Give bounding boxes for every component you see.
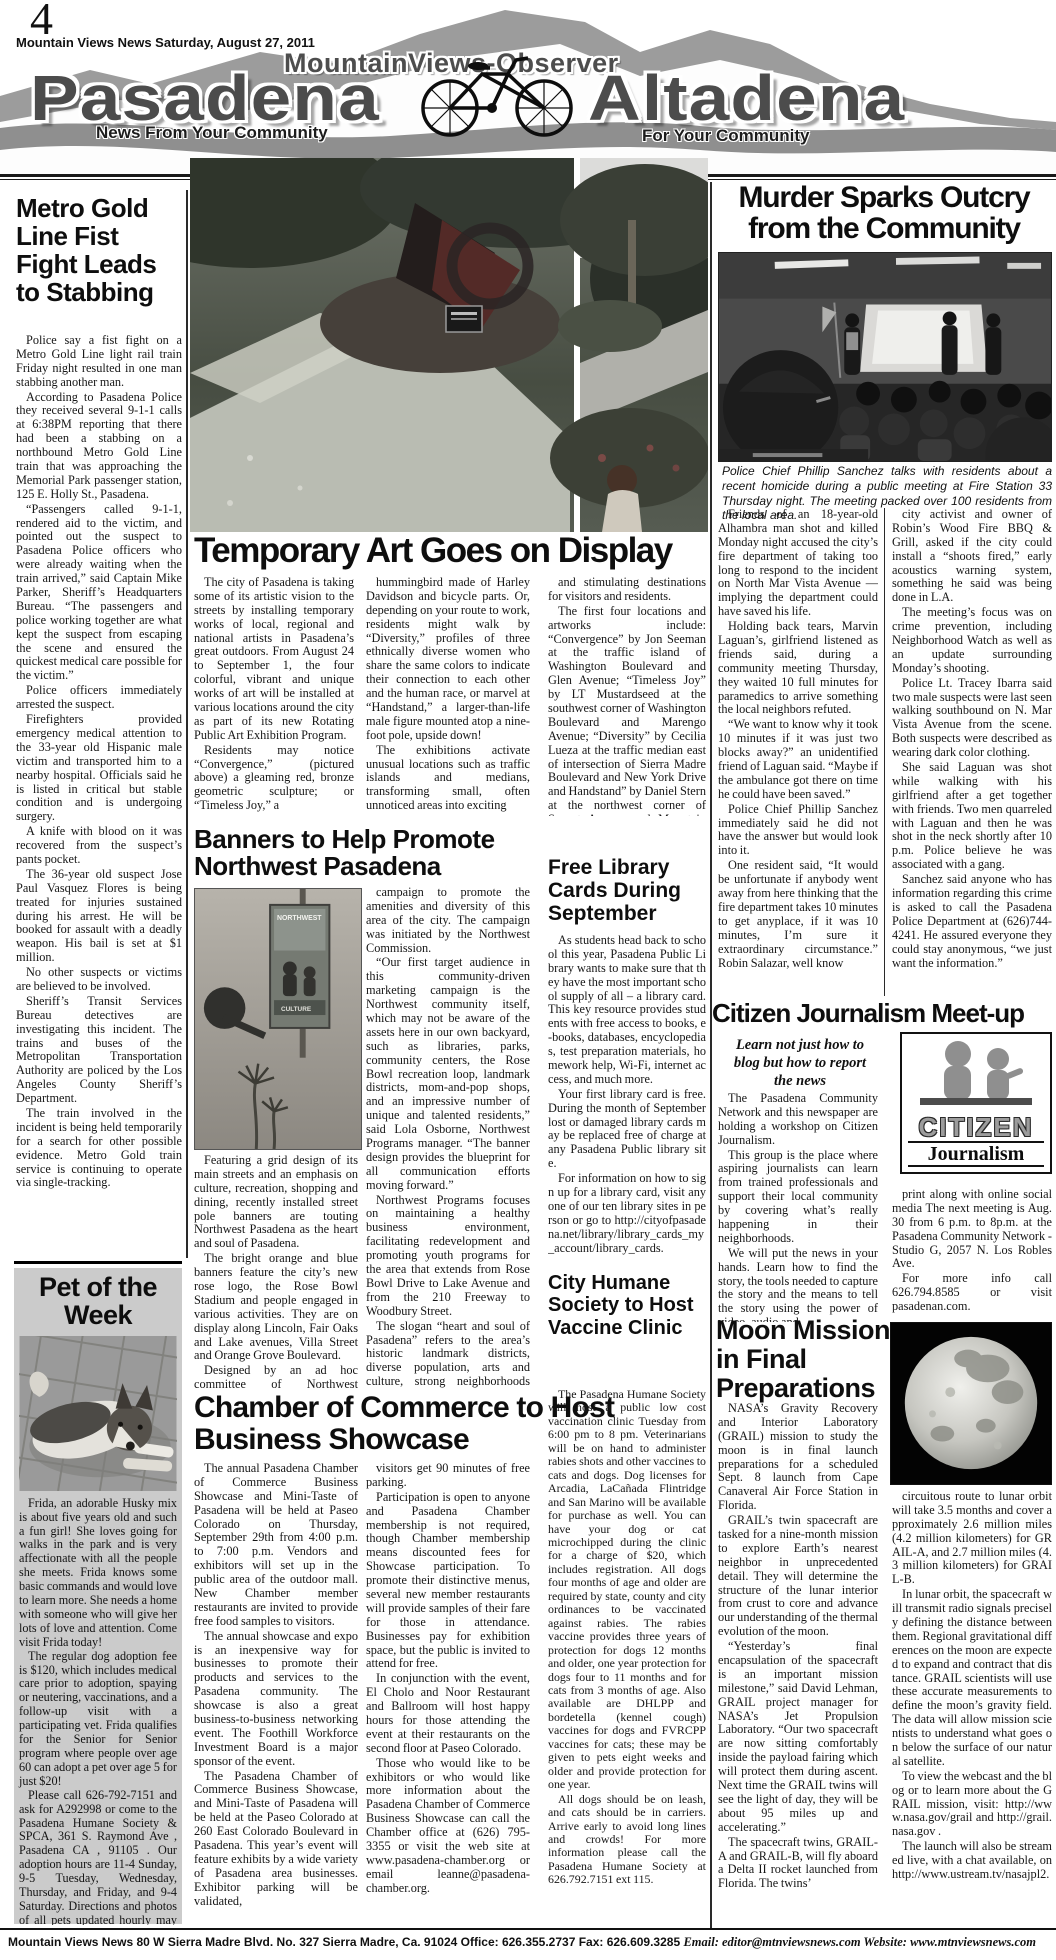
citizen-logo-word1: CITIZEN [902,1114,1050,1140]
paragraph: Designed by an ad hoc committee of North… [194,1364,358,1390]
paragraph: Those who would like to be exhibitors or… [366,1757,530,1896]
masthead-pasadena-title: Pasadena [30,66,380,130]
article-art-col2: hummingbird made of Harley Davidson and … [366,576,530,822]
paragraph: In conjunction with the event, El Cholo … [366,1672,530,1755]
paragraph: We will put the news in your hands. Lear… [718,1247,878,1322]
citizen-silhouettes-icon [902,1034,1050,1108]
headline-citizen: Citizen Journalism Meet-up [712,1000,1056,1026]
footer-main: Mountain Views News 80 W Sierra Madre Bl… [8,1935,680,1949]
paragraph: The slogan “heart and soul of Pasadena” … [366,1320,530,1390]
headline-metro: Metro Gold Line Fist Fight Leads to Stab… [16,194,182,306]
paragraph: Police say a fist fight on a Metro Gold … [16,334,182,390]
paragraph: The bright orange and blue banners featu… [194,1252,358,1363]
paragraph: No other suspects or victims are believe… [16,966,182,994]
paragraph: A knife with blood on it was recovered f… [16,825,182,867]
paragraph: print along with online social media The… [892,1188,1052,1271]
paragraph: The Pasadena Chamber of Commerce Busines… [194,1770,358,1909]
paragraph: hummingbird made of Harley Davidson and … [366,576,530,743]
paragraph: The exhibitions activate unusual locatio… [366,744,530,813]
paragraph: The meeting’s focus was on crime prevent… [892,606,1052,675]
headline-moon: Moon Mission in Final Preparations [716,1316,890,1403]
paragraph: “Yesterday’s final encapsulation of the … [718,1640,878,1834]
paragraph: The spacecraft twins, GRAIL-A and GRAIL-… [718,1836,878,1892]
paragraph: Frida, an adorable Husky mix is about fi… [19,1497,177,1650]
paragraph: The train involved in the incident is be… [16,1107,182,1190]
paragraph: city activist and owner of Robin’s Wood … [892,508,1052,605]
paragraph: GRAIL’s twin spacecraft are tasked for a… [718,1514,878,1639]
paragraph: The annual showcase and expo is an inexp… [194,1630,358,1769]
article-art-col1: The city of Pasadena is taking some of i… [194,576,354,822]
paragraph: The launch will also be streamed live, w… [892,1840,1052,1882]
paragraph: The Pasadena Humane Society will host a … [548,1388,706,1792]
paragraph: Police Lt. Tracey Ibarra said two male s… [892,677,1052,760]
paragraph: One resident said, “It would be unfortun… [718,859,878,970]
murder-column-divider [884,508,885,996]
footer-contact: Email: editor@mtnviewsnews.com Website: … [683,1935,1036,1949]
paragraph: Sanchez said anyone who has information … [892,873,1052,970]
paragraph: As students head back to school this yea… [548,934,706,1087]
right-tagline: For Your Community [642,127,810,144]
paragraph: Sheriff’s Transit Services Bureau detect… [16,995,182,1106]
citizen-journalism-logo: CITIZEN Journalism [900,1032,1052,1174]
dateline: Mountain Views News Saturday, August 27,… [16,36,315,49]
article-citizen-col1: The Pasadena Community Network and this … [718,1092,878,1322]
paragraph: “We want to know why it took 10 minutes … [718,718,878,801]
paragraph: Please call 626-792-7151 and ask for A29… [19,1789,177,1925]
pet-rule [14,1261,182,1264]
meeting-photo [718,252,1052,462]
paragraph: Holding back tears, Marvin Laguan’s, gir… [718,620,878,717]
masthead-altadena-title: Altadena [588,66,905,130]
paragraph: Participation is open to anyone and Pasa… [366,1491,530,1672]
headline-murder: Murder Sparks Outcry from the Community [714,182,1054,244]
article-chamber-col2: visitors get 90 minutes of free parking.… [366,1462,530,1926]
citizen-kicker: Learn not just how to blog but how to re… [724,1036,876,1090]
article-banners-col2: campaign to promote the amenities and di… [366,886,530,1390]
paragraph: The annual Pasadena Chamber of Commerce … [194,1462,358,1629]
bicycle-icon [412,42,584,142]
article-moon-col2: circuitous route to lunar orbit will tak… [892,1490,1052,1926]
paragraph: The 36-year old suspect Jose Paul Vasque… [16,868,182,965]
headline-pet: Pet of the Week [14,1268,182,1330]
article-library-body: As students head back to school this yea… [548,934,706,1266]
article-banners-col1: Featuring a grid design of its main stre… [194,1154,358,1390]
paragraph: The Pasadena Community Network and this … [718,1092,878,1148]
paragraph: visitors get 90 minutes of free parking. [366,1462,530,1490]
footer: Mountain Views News 80 W Sierra Madre Bl… [8,1936,1054,1949]
article-humane-body: The Pasadena Humane Society will host a … [548,1388,706,1926]
svg-text:NORTHWEST: NORTHWEST [277,915,322,922]
paragraph: For information on how to sign up for a … [548,1172,706,1255]
paragraph: According to Pasadena Police they receiv… [16,391,182,502]
article-art-col3: and stimulating destinations for visitor… [548,576,706,816]
paragraph: The city of Pasadena is taking some of i… [194,576,354,743]
article-moon-col1: NASA’s Gravity Recovery and Interior Lab… [718,1402,878,1926]
footer-rule [0,1928,1056,1930]
paragraph: For more info call 626.794.8585 or visit… [892,1272,1052,1314]
right-section-divider [710,182,712,1928]
article-pet-body: Frida, an adorable Husky mix is about fi… [14,1495,182,1925]
headline-temporary-art: Temporary Art Goes on Display [194,533,710,568]
sculpture-photo [190,158,708,532]
article-citizen-col2: print along with online social media The… [892,1188,1052,1320]
paragraph: NASA’s Gravity Recovery and Interior Lab… [718,1402,878,1513]
paragraph: The first four locations and artworks in… [548,605,706,816]
paragraph: Featuring a grid design of its main stre… [194,1154,358,1251]
paragraph: Your first library card is free. During … [548,1088,706,1171]
paragraph: Friends of an 18-year-old Alhambra man s… [718,508,878,619]
paragraph: Police Chief Phillip Sanchez immediately… [718,803,878,859]
citizen-logo-word2: Journalism [908,1141,1044,1167]
dog-photo [19,1336,177,1491]
paragraph: The regular dog adoption fee is $120, wh… [19,1650,177,1789]
paragraph: All dogs should be on leash, and cats sh… [548,1793,706,1887]
moon-photo [890,1322,1052,1485]
paragraph: and stimulating destinations for visitor… [548,576,706,604]
paragraph: circuitous route to lunar orbit will tak… [892,1490,1052,1587]
paragraph: campaign to promote the amenities and di… [366,886,530,955]
paragraph: Residents may notice “Convergence,” (pic… [194,744,354,813]
left-column-divider [186,190,188,1258]
headline-banners: Banners to Help Promote Northwest Pasade… [194,826,546,881]
article-murder-col2: city activist and owner of Robin’s Wood … [892,508,1052,998]
paragraph: Police officers immediately arrested the… [16,684,182,712]
paragraph: “Our first target audience in this commu… [366,956,530,1192]
headline-humane: City Humane Society to Host Vaccine Clin… [548,1272,706,1339]
paragraph: In lunar orbit, the spacecraft will tran… [892,1588,1052,1769]
article-pet-block: Pet of the Week [14,1268,182,1924]
svg-text:CULTURE: CULTURE [281,1006,312,1013]
paragraph: This group is the place where aspiring j… [718,1149,878,1246]
paragraph: Firefighters provided emergency medical … [16,713,182,824]
paragraph: Northwest Programs focuses on maintainin… [366,1194,530,1319]
article-chamber-col1: The annual Pasadena Chamber of Commerce … [194,1462,358,1926]
paragraph: “Passengers called 9-1-1, rendered aid t… [16,503,182,684]
newspaper-page: 4 Mountain Views News Saturday, August 2… [0,0,1056,1960]
headline-library: Free Library Cards During September [548,856,706,925]
article-metro-body: Police say a fist fight on a Metro Gold … [16,334,182,1256]
paragraph: To view the webcast and the blog or to l… [892,1770,1052,1839]
paragraph: She said Laguan was shot while walking w… [892,761,1052,872]
left-tagline: News From Your Community [96,124,328,141]
article-murder-col1: Friends of an 18-year-old Alhambra man s… [718,508,878,998]
banner-photo: NORTHWEST CULTURE [194,888,362,1150]
